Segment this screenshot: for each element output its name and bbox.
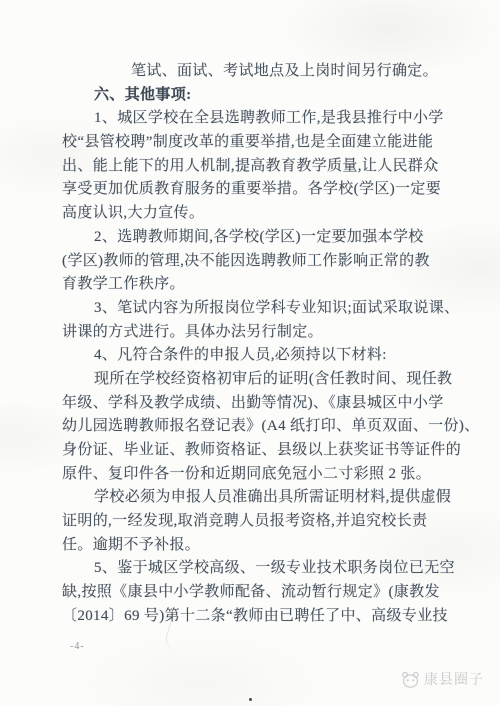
- document-line: 学校必须为申报人员准确出具所需证明材料,提供虚假: [62, 486, 460, 510]
- document-line: 讲课的方式进行。具体办法另行制定。: [62, 321, 460, 345]
- document-line: 4、凡符合条件的申报人员,必须持以下材料:: [62, 344, 460, 368]
- document-line: 3、笔试内容为所报岗位学科专业知识;面试采取说课、: [62, 297, 460, 321]
- document-line: 出、能上能下的用人机制,提高教育教学质量,让人民群众: [62, 155, 460, 179]
- document-line: 育教学工作秩序。: [62, 273, 460, 297]
- document-line: 2、选聘教师期间,各学校(学区)一定要加强本学校: [62, 226, 460, 250]
- scan-speck-artifact: [249, 698, 252, 701]
- document-line: 笔试、面试、考试地点及上岗时间另行确定。: [62, 60, 460, 84]
- document-line: 年级、学科及教学成绩、出勤等情况)、《康县城区中小学: [62, 392, 460, 416]
- document-line: 高度认识,大力宣传。: [62, 202, 460, 226]
- section-heading: 六、其他事项:: [62, 84, 460, 108]
- document-line: (学区)教师的管理,决不能因选聘教师工作影响正常的教: [62, 250, 460, 274]
- document-line: 〔2014〕69 号)第十二条“教师由已聘任了中、高级专业技: [62, 605, 460, 629]
- document-line: 任。逾期不予补报。: [62, 534, 460, 558]
- document-line: 校“县管校聘”制度改革的重要举措,也是全面建立能进能: [62, 131, 460, 155]
- document-body: 笔试、面试、考试地点及上岗时间另行确定。 六、其他事项: 1、城区学校在全县选聘…: [62, 60, 460, 629]
- document-line: 身份证、毕业证、教师资格证、县级以上获奖证书等证件的: [62, 439, 460, 463]
- document-line: 5、鉴于城区学校高级、一级专业技术职务岗位已无空: [62, 557, 460, 581]
- watermark: 康县圈子: [401, 669, 484, 689]
- document-line: 1、城区学校在全县选聘教师工作,是我县推行中小学: [62, 107, 460, 131]
- scanned-document-page: 笔试、面试、考试地点及上岗时间另行确定。 六、其他事项: 1、城区学校在全县选聘…: [0, 0, 500, 706]
- document-line: 现所在学校经资格初审后的证明(含任教时间、现任教: [62, 368, 460, 392]
- document-line: 原件、复印件各一份和近期同底免冠小二寸彩照 2 张。: [62, 463, 460, 487]
- document-line: 享受更加优质教育服务的重要举措。各学校(学区)一定要: [62, 178, 460, 202]
- panda-logo-icon: [401, 671, 420, 688]
- document-line: 缺,按照《康县中小学教师配备、流动暂行规定》(康教发: [62, 581, 460, 605]
- document-line: 幼儿园选聘教师报名登记表》(A4 纸打印、单页双面、一份)、: [62, 415, 460, 439]
- watermark-label: 康县圈子: [424, 669, 484, 689]
- page-number: -4-: [70, 641, 85, 652]
- document-line: 证明的,一经发现,取消竞聘人员报考资格,并追究校长责: [62, 510, 460, 534]
